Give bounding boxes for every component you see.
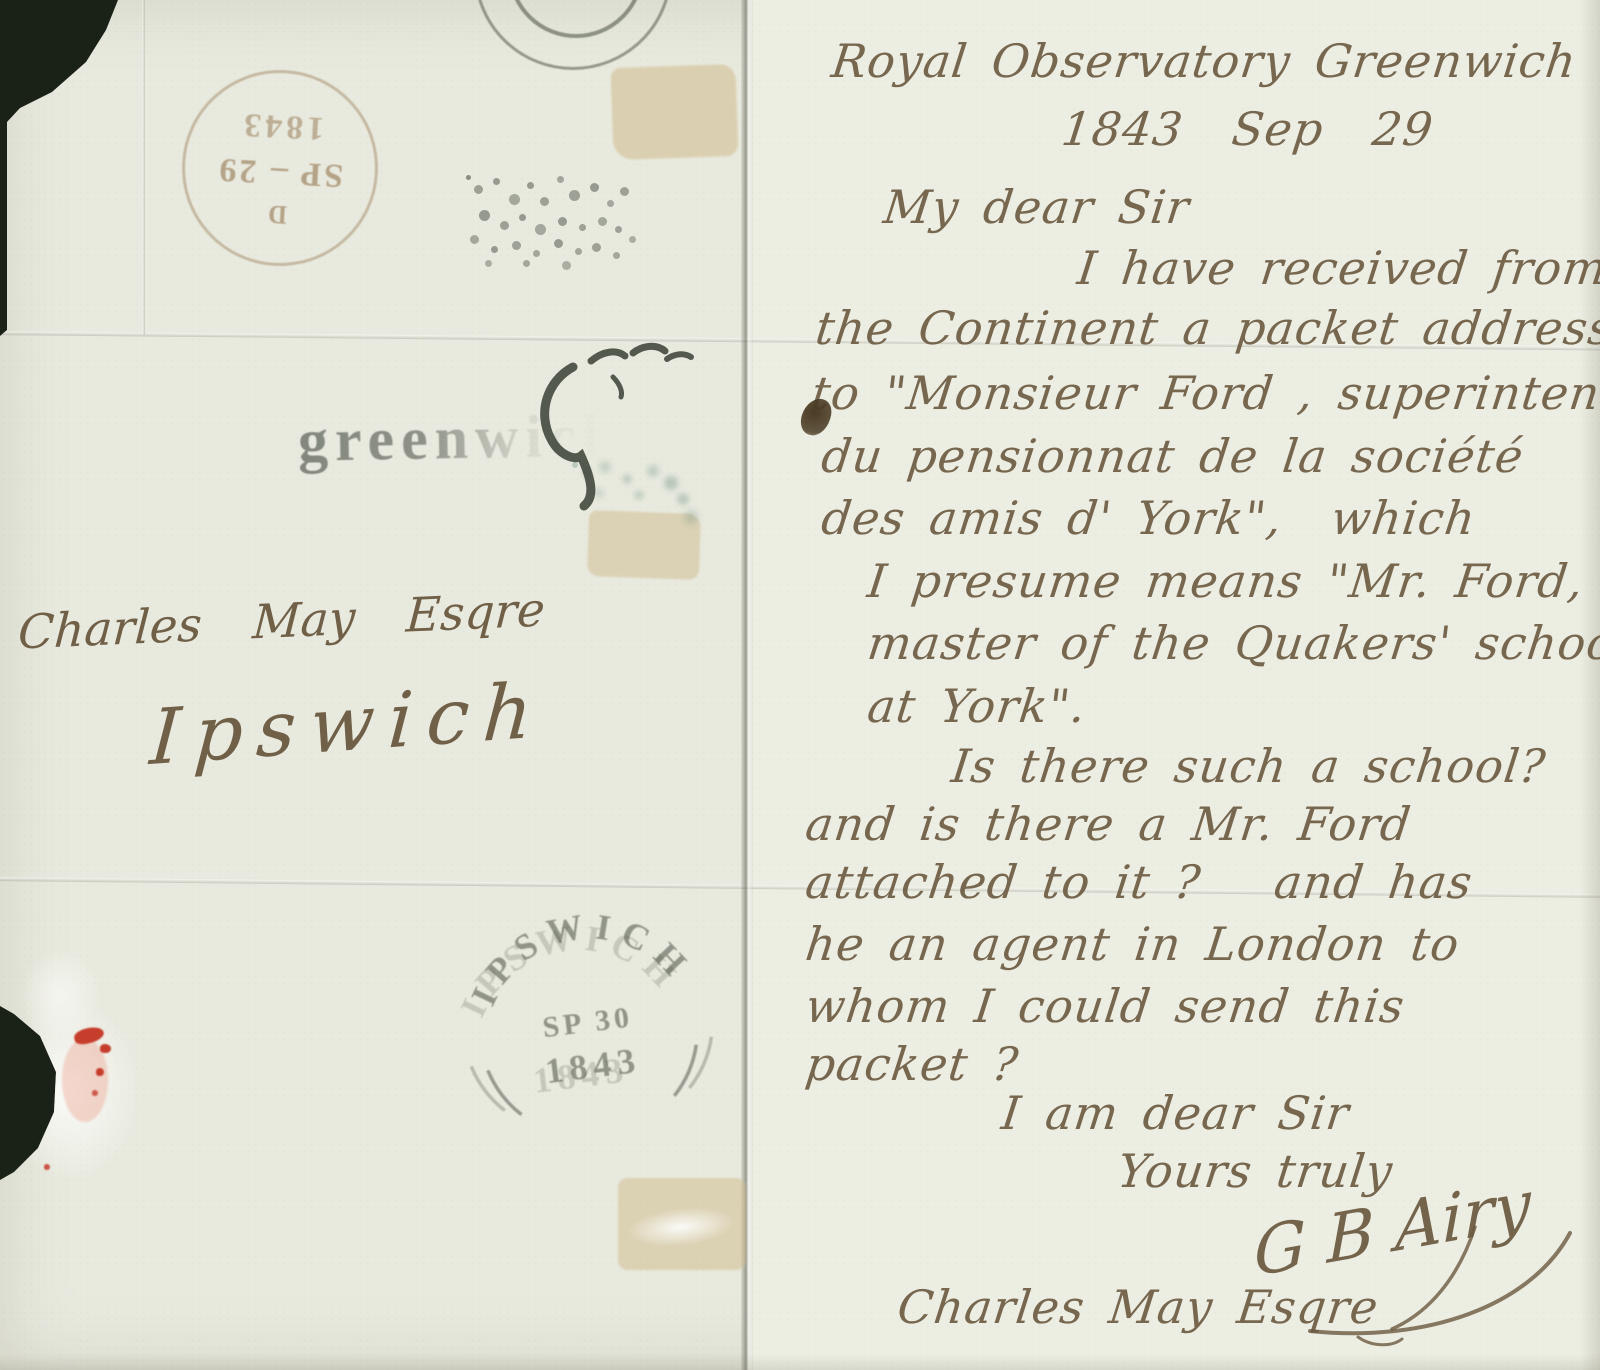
datestamp-year: 1843 <box>239 105 325 147</box>
body-line: the Continent a packet addressed <box>813 305 1600 351</box>
rate-mark-main-stroke <box>545 367 591 506</box>
body-line: I have received from <box>1075 245 1600 291</box>
body-line: at York". <box>865 683 1089 729</box>
rate-mark-tick-1 <box>591 352 625 361</box>
wax-seal-dot-1 <box>100 1044 111 1053</box>
closing-line-2: Yours truly <box>1115 1148 1395 1194</box>
wax-seal-dot-2 <box>96 1068 104 1076</box>
manuscript-rate-mark <box>495 333 700 513</box>
ipswich-arc-right <box>668 1045 702 1096</box>
salutation: My dear Sir <box>881 184 1192 230</box>
letter-scan: D SP – 29 1843 Greenwich <box>0 0 1600 1370</box>
wax-seal-dot-4 <box>44 1164 50 1170</box>
tape-stain-top <box>610 64 738 160</box>
right-edge-shadow <box>1580 0 1600 1370</box>
torn-paper-fibers-upper <box>20 950 100 1040</box>
body-line: attached to it ? and has <box>803 859 1475 905</box>
ipswich-datestamp: IPSWICH IPSWICH SP 30 1843 1843 <box>436 864 733 1135</box>
heading-line-2: 1843 Sep 29 <box>1059 106 1436 152</box>
body-line: des amis d' York", which <box>819 495 1478 541</box>
ipswich-arc-right-ghost <box>684 1037 718 1088</box>
rate-mark-tick-2 <box>633 346 665 353</box>
footer-addressee: Charles May Esqre <box>895 1284 1381 1330</box>
body-line: du pensionnat de la société <box>819 433 1526 479</box>
body-line: master of the Quakers' school <box>865 620 1600 666</box>
body-line: whom I could send this <box>803 983 1407 1029</box>
letter-sheet: D SP – 29 1843 Greenwich <box>0 0 1600 1370</box>
signature-flourish-tail <box>1358 1337 1402 1345</box>
heading-line-1: Royal Observatory Greenwich <box>829 38 1579 84</box>
body-line: he an agent in London to <box>803 921 1462 967</box>
body-line: and is there a Mr. Ford <box>803 801 1414 847</box>
body-line: Is there such a school? <box>949 743 1548 789</box>
ipswich-date: SP 30 <box>541 1000 635 1044</box>
rate-mark-tick-4 <box>613 377 622 397</box>
body-line: packet ? <box>803 1041 1021 1087</box>
body-line: to "Monsieur Ford , superintendant <box>809 370 1600 416</box>
center-page-fold-line <box>741 0 753 1370</box>
ink-smudge-stamp <box>466 175 471 180</box>
datestamp-code: D <box>267 198 287 229</box>
closing-line-1: I am dear Sir <box>999 1090 1352 1136</box>
body-line: I presume means "Mr. Ford, <box>865 558 1587 604</box>
signature-flourish-cross <box>1392 1227 1475 1329</box>
datestamp-date: SP – 29 <box>215 150 344 195</box>
tape-stain-middle <box>587 510 701 580</box>
vertical-fold-crease <box>142 0 145 335</box>
rate-mark-tick-3 <box>667 354 691 359</box>
wax-seal-dot-3 <box>92 1090 98 1096</box>
